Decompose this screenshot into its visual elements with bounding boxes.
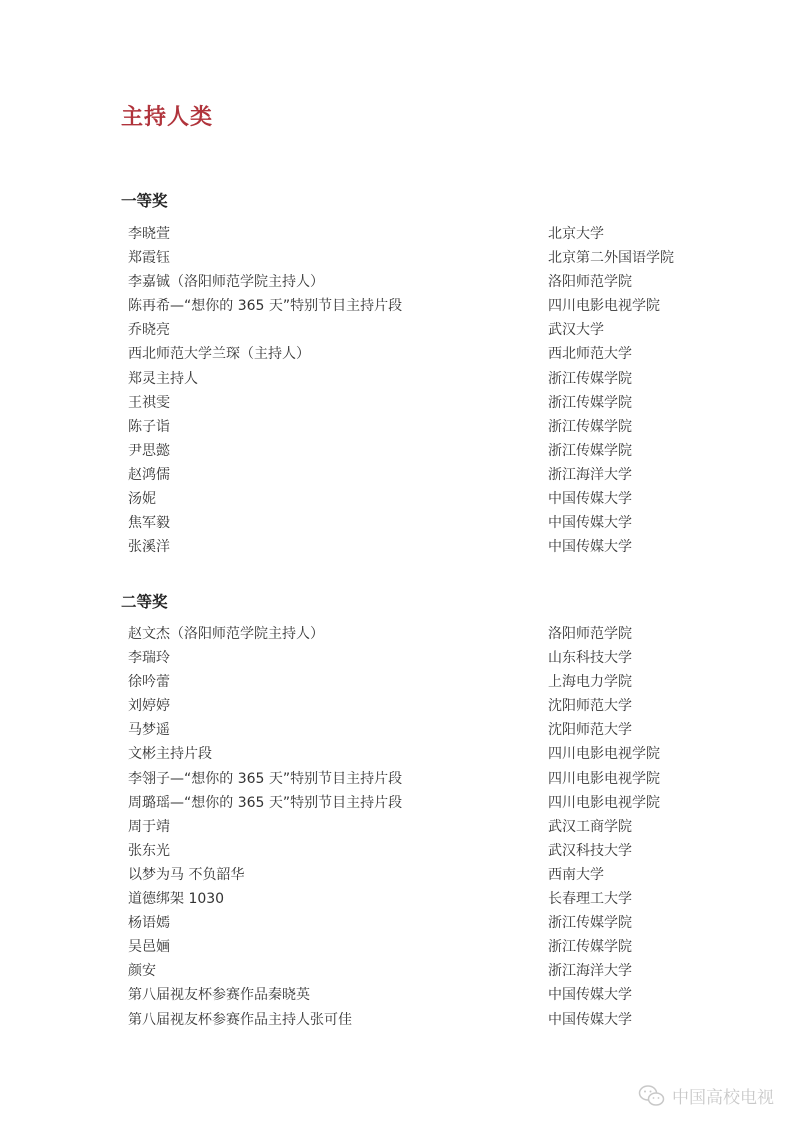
award-name: 赵鸿儒 — [128, 463, 170, 487]
award-row: 尹思懿浙江传媒学院 — [128, 439, 688, 463]
award-school: 中国传媒大学 — [548, 983, 632, 1007]
award-school: 浙江海洋大学 — [548, 959, 632, 983]
award-school: 武汉科技大学 — [548, 839, 632, 863]
award-school: 武汉工商学院 — [548, 815, 632, 839]
award-name: 张东光 — [128, 839, 170, 863]
award-row: 第八届视友杯参赛作品秦晓英中国传媒大学 — [128, 983, 688, 1007]
award-row: 吴邑婳浙江传媒学院 — [128, 935, 688, 959]
award-name: 李瑞玲 — [128, 646, 170, 670]
award-row: 李瑞玲山东科技大学 — [128, 646, 688, 670]
award-school: 浙江传媒学院 — [548, 367, 632, 391]
award-row: 文彬主持片段四川电影电视学院 — [128, 742, 688, 766]
watermark-text: 中国高校电视 — [672, 1083, 774, 1108]
award-row: 张东光武汉科技大学 — [128, 839, 688, 863]
section-heading-first-prize: 一等奖 — [121, 191, 168, 211]
award-school: 中国传媒大学 — [548, 1008, 632, 1032]
award-school: 浙江传媒学院 — [548, 911, 632, 935]
award-name: 郑灵主持人 — [128, 367, 198, 391]
award-row: 王祺雯浙江传媒学院 — [128, 391, 688, 415]
award-name: 焦军毅 — [128, 511, 170, 535]
award-school: 长春理工大学 — [548, 887, 632, 911]
award-row: 张溪洋中国传媒大学 — [128, 535, 688, 559]
award-school: 浙江传媒学院 — [548, 439, 632, 463]
award-row: 李晓萱北京大学 — [128, 222, 688, 246]
award-name: 尹思懿 — [128, 439, 170, 463]
award-name: 文彬主持片段 — [128, 742, 212, 766]
award-row: 郑灵主持人浙江传媒学院 — [128, 367, 688, 391]
award-name: 以梦为马 不负韶华 — [128, 863, 244, 887]
award-school: 武汉大学 — [548, 318, 604, 342]
award-name: 徐吟蕾 — [128, 670, 170, 694]
award-row: 杨语嫣浙江传媒学院 — [128, 911, 688, 935]
award-row: 赵鸿儒浙江海洋大学 — [128, 463, 688, 487]
watermark: 中国高校电视 — [638, 1083, 774, 1108]
award-school: 浙江传媒学院 — [548, 391, 632, 415]
award-school: 中国传媒大学 — [548, 487, 632, 511]
second-prize-list: 赵文杰（洛阳师范学院主持人）洛阳师范学院 李瑞玲山东科技大学 徐吟蕾上海电力学院… — [128, 622, 688, 1032]
award-row: 马梦遥沈阳师范大学 — [128, 718, 688, 742]
award-name: 李嘉铖（洛阳师范学院主持人） — [128, 270, 324, 294]
award-name: 汤妮 — [128, 487, 156, 511]
award-row: 周璐瑶—“想你的 365 天”特别节目主持片段四川电影电视学院 — [128, 791, 688, 815]
award-school: 浙江传媒学院 — [548, 415, 632, 439]
award-row: 陈子诣浙江传媒学院 — [128, 415, 688, 439]
award-name: 王祺雯 — [128, 391, 170, 415]
award-school: 四川电影电视学院 — [548, 791, 660, 815]
award-school: 沈阳师范大学 — [548, 718, 632, 742]
award-name: 陈再希—“想你的 365 天”特别节目主持片段 — [128, 294, 402, 318]
award-row: 郑霞钰北京第二外国语学院 — [128, 246, 688, 270]
award-name: 马梦遥 — [128, 718, 170, 742]
award-name: 吴邑婳 — [128, 935, 170, 959]
first-prize-list: 李晓萱北京大学 郑霞钰北京第二外国语学院 李嘉铖（洛阳师范学院主持人）洛阳师范学… — [128, 222, 688, 559]
award-name: 第八届视友杯参赛作品秦晓英 — [128, 983, 310, 1007]
award-name: 赵文杰（洛阳师范学院主持人） — [128, 622, 324, 646]
award-school: 北京第二外国语学院 — [548, 246, 674, 270]
wechat-icon — [638, 1084, 666, 1108]
award-name: 道德绑架 1030 — [128, 887, 224, 911]
award-row: 陈再希—“想你的 365 天”特别节目主持片段四川电影电视学院 — [128, 294, 688, 318]
award-row: 西北师范大学兰琛（主持人）西北师范大学 — [128, 342, 688, 366]
page-title: 主持人类 — [121, 104, 213, 132]
award-row: 以梦为马 不负韶华西南大学 — [128, 863, 688, 887]
award-school: 洛阳师范学院 — [548, 270, 632, 294]
award-school: 四川电影电视学院 — [548, 742, 660, 766]
award-school: 北京大学 — [548, 222, 604, 246]
award-school: 沈阳师范大学 — [548, 694, 632, 718]
award-row: 刘婷婷沈阳师范大学 — [128, 694, 688, 718]
award-name: 张溪洋 — [128, 535, 170, 559]
award-school: 浙江海洋大学 — [548, 463, 632, 487]
award-row: 焦军毅中国传媒大学 — [128, 511, 688, 535]
award-school: 上海电力学院 — [548, 670, 632, 694]
award-name: 李翎子—“想你的 365 天”特别节目主持片段 — [128, 767, 402, 791]
award-name: 颜安 — [128, 959, 156, 983]
award-name: 周璐瑶—“想你的 365 天”特别节目主持片段 — [128, 791, 402, 815]
award-school: 中国传媒大学 — [548, 511, 632, 535]
award-row: 颜安浙江海洋大学 — [128, 959, 688, 983]
award-school: 四川电影电视学院 — [548, 294, 660, 318]
award-name: 陈子诣 — [128, 415, 170, 439]
award-name: 周于靖 — [128, 815, 170, 839]
award-row: 李翎子—“想你的 365 天”特别节目主持片段四川电影电视学院 — [128, 767, 688, 791]
award-row: 乔晓亮武汉大学 — [128, 318, 688, 342]
award-name: 西北师范大学兰琛（主持人） — [128, 342, 310, 366]
award-row: 第八届视友杯参赛作品主持人张可佳中国传媒大学 — [128, 1008, 688, 1032]
award-name: 李晓萱 — [128, 222, 170, 246]
award-school: 西南大学 — [548, 863, 604, 887]
award-name: 杨语嫣 — [128, 911, 170, 935]
award-school: 中国传媒大学 — [548, 535, 632, 559]
award-row: 汤妮中国传媒大学 — [128, 487, 688, 511]
award-school: 山东科技大学 — [548, 646, 632, 670]
award-school: 浙江传媒学院 — [548, 935, 632, 959]
award-school: 洛阳师范学院 — [548, 622, 632, 646]
award-name: 郑霞钰 — [128, 246, 170, 270]
award-name: 第八届视友杯参赛作品主持人张可佳 — [128, 1008, 352, 1032]
award-name: 乔晓亮 — [128, 318, 170, 342]
award-row: 周于靖武汉工商学院 — [128, 815, 688, 839]
award-row: 徐吟蕾上海电力学院 — [128, 670, 688, 694]
award-school: 西北师范大学 — [548, 342, 632, 366]
section-heading-second-prize: 二等奖 — [121, 592, 168, 612]
award-row: 李嘉铖（洛阳师范学院主持人）洛阳师范学院 — [128, 270, 688, 294]
award-row: 道德绑架 1030长春理工大学 — [128, 887, 688, 911]
award-row: 赵文杰（洛阳师范学院主持人）洛阳师范学院 — [128, 622, 688, 646]
award-school: 四川电影电视学院 — [548, 767, 660, 791]
award-name: 刘婷婷 — [128, 694, 170, 718]
